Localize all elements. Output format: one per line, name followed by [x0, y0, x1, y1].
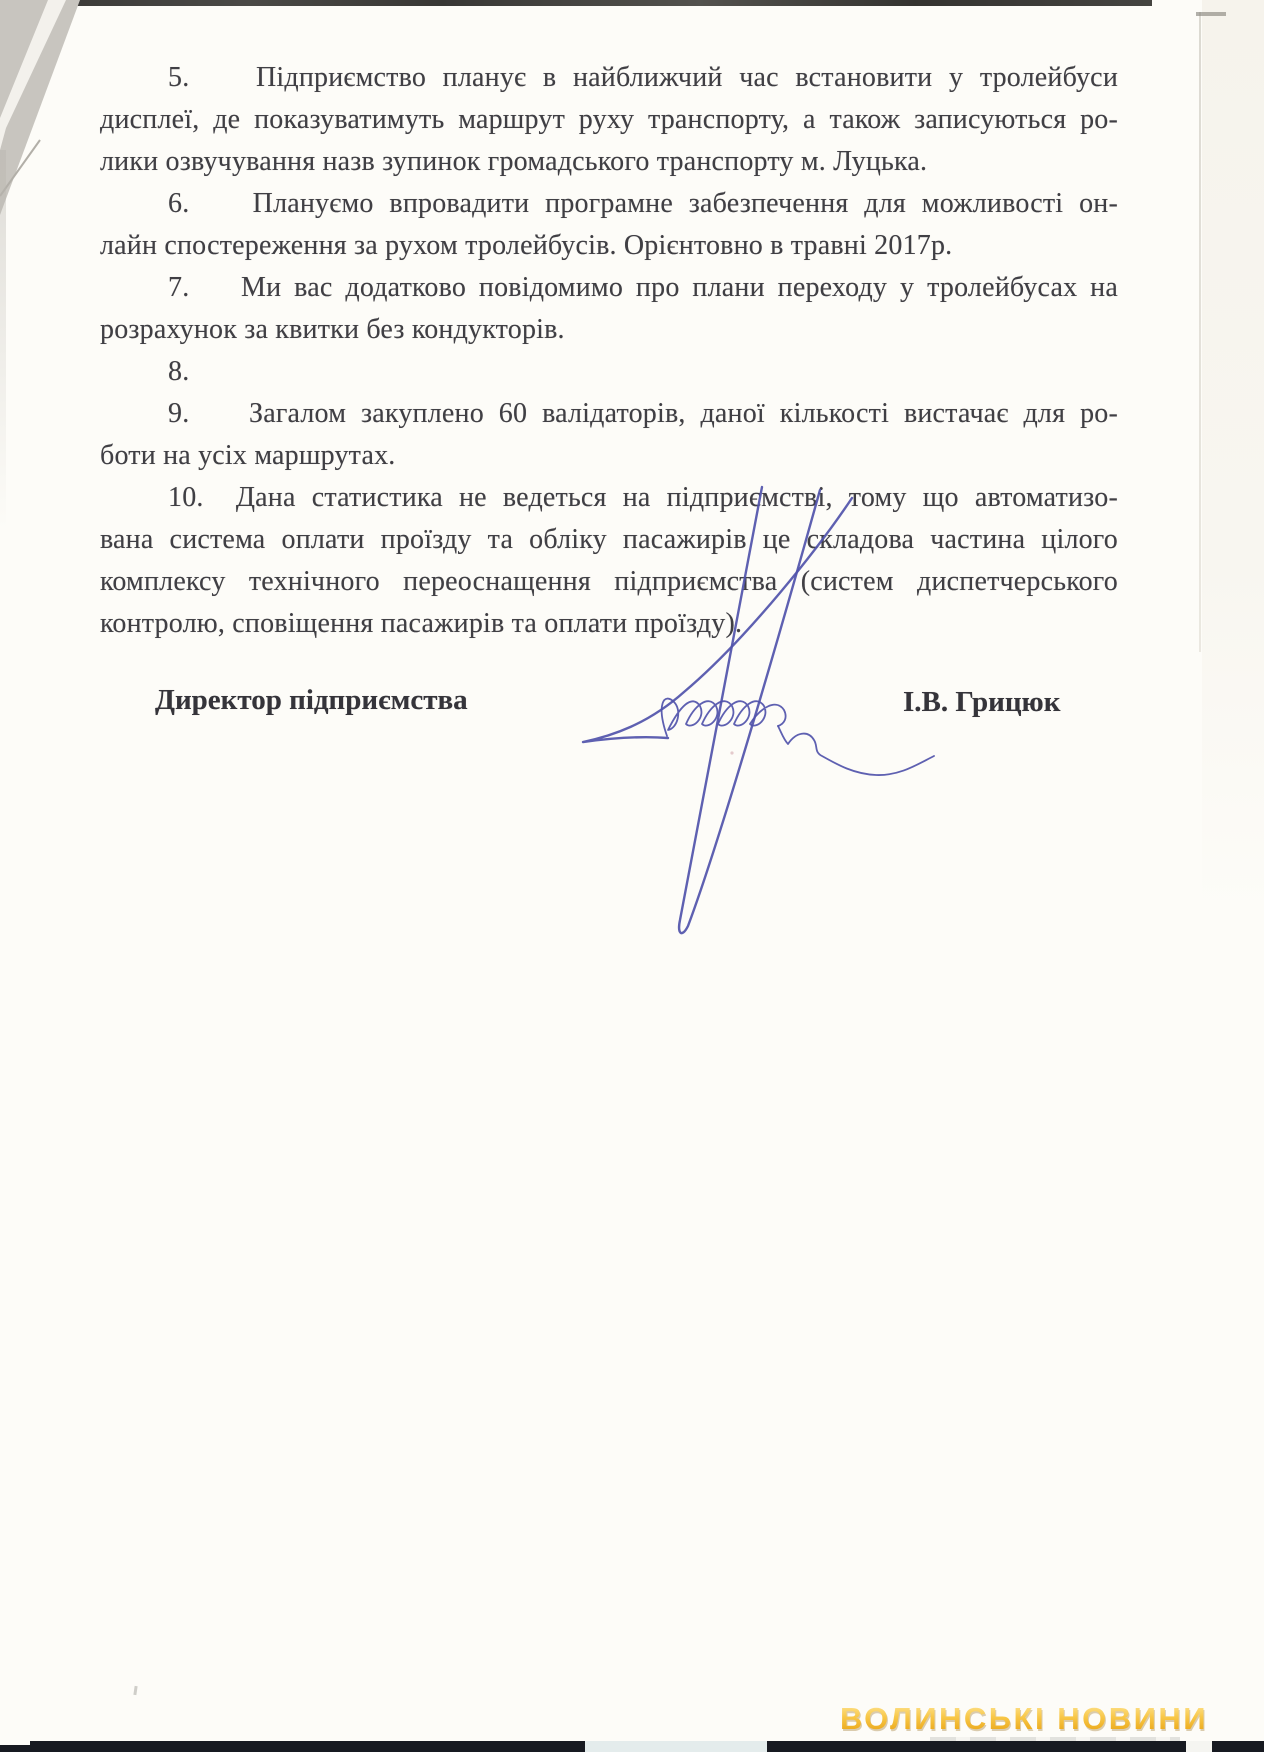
- scan-right-strip: [1202, 0, 1264, 920]
- scan-bottom-light-segment: [585, 1741, 767, 1752]
- signature-ink: [480, 478, 960, 958]
- text-line: дисплеї, де показуватимуть маршрут руху …: [100, 99, 1118, 141]
- text-line: розрахунок за квитки без кондукторів.: [100, 309, 1118, 351]
- text-line: 9. Загалом закуплено 60 валідаторів, дан…: [100, 393, 1118, 435]
- text-line: 5. Підприємство планує в найближчий час …: [100, 57, 1118, 99]
- scan-speck: [133, 1686, 137, 1695]
- paragraph: 5. Підприємство планує в найближчий час …: [100, 57, 1118, 183]
- scan-left-smudge: [0, 150, 6, 530]
- page-edge-line: [1199, 12, 1201, 652]
- news-site-watermark: ВОЛИНСЬКІ НОВИНИ: [840, 1701, 1250, 1737]
- page-edge-dash: [1196, 12, 1226, 16]
- page: 5. Підприємство планує в найближчий час …: [0, 0, 1264, 1752]
- paragraph: 8.: [100, 351, 1118, 393]
- signoff-role: Директор підприємства: [155, 684, 468, 717]
- paragraph: 7. Ми вас додатково повідомимо про плани…: [100, 267, 1118, 351]
- text-line: 8.: [100, 351, 1118, 393]
- text-line: боти на усіх маршрутах.: [100, 435, 1118, 477]
- scan-bottom-white-segment: [1186, 1741, 1212, 1752]
- paragraph: 9. Загалом закуплено 60 валідаторів, дан…: [100, 393, 1118, 477]
- text-line: 6. Плануємо впровадити програмне забезпе…: [100, 183, 1118, 225]
- text-line: лики озвучування назв зупинок громадсько…: [100, 141, 1118, 183]
- scan-bottom-notch: [0, 1741, 30, 1745]
- scan-top-edge: [76, 0, 1152, 6]
- text-line: 7. Ми вас додатково повідомимо про плани…: [100, 267, 1118, 309]
- paragraph: 6. Плануємо впровадити програмне забезпе…: [100, 183, 1118, 267]
- text-line: лайн спостереження за рухом тролейбусів.…: [100, 225, 1118, 267]
